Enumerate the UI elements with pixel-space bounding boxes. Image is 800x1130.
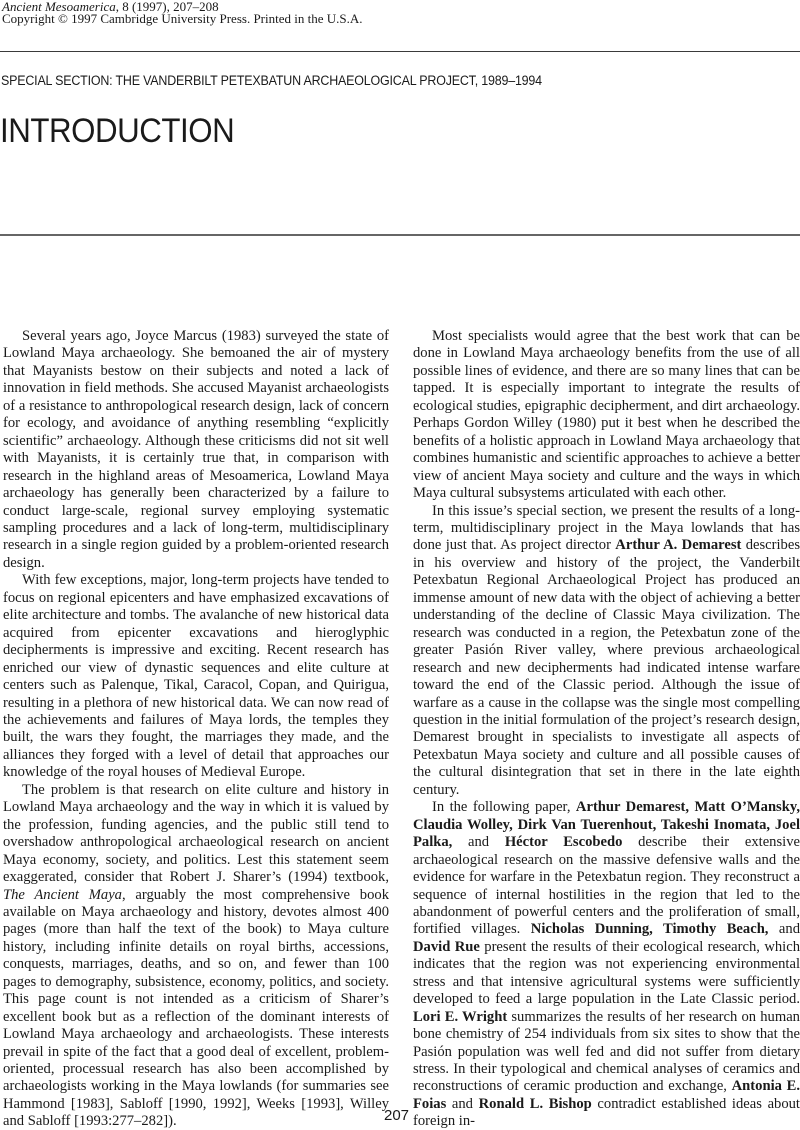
text-run: The problem is that research on elite cu… (3, 782, 389, 885)
text-run: and (768, 921, 800, 937)
special-section-label: SPECIAL SECTION: THE VANDERBILT PETEXBAT… (1, 73, 542, 88)
text-run: describes in his overview and history of… (413, 537, 800, 797)
copyright-line: Copyright © 1997 Cambridge University Pr… (2, 12, 363, 25)
paragraph: The problem is that research on elite cu… (3, 782, 389, 1130)
author-name: David Rue (413, 939, 480, 955)
text-run: and (446, 1096, 478, 1112)
article-title: INTRODUCTION (0, 112, 234, 151)
title-rule (0, 234, 800, 236)
header-rule (0, 51, 800, 52)
text-run: , arguably the most comprehensive book a… (3, 887, 389, 1130)
paragraph: Most specialists would agree that the be… (413, 328, 800, 503)
text-run: In the following paper, (432, 799, 576, 815)
right-column: Most specialists would agree that the be… (413, 328, 800, 1130)
paragraph: Several years ago, Joyce Marcus (1983) s… (3, 328, 389, 572)
author-name: Ronald L. Bishop (479, 1096, 592, 1112)
book-title: The Ancient Maya (3, 887, 122, 903)
paragraph: In the following paper, Arthur Demarest,… (413, 799, 800, 1130)
paragraph: In this issue’s special section, we pres… (413, 503, 800, 800)
text-run: and (452, 834, 504, 850)
author-name: Héctor Escobedo (505, 834, 623, 850)
paragraph: With few exceptions, major, long-term pr… (3, 572, 389, 781)
author-name: Arthur A. Demarest (615, 537, 741, 553)
author-names: Nicholas Dunning, Timothy Beach, (531, 921, 769, 937)
left-column: Several years ago, Joyce Marcus (1983) s… (3, 328, 389, 1130)
author-name: Lori E. Wright (413, 1009, 507, 1025)
page-number: 207 (384, 1107, 409, 1124)
